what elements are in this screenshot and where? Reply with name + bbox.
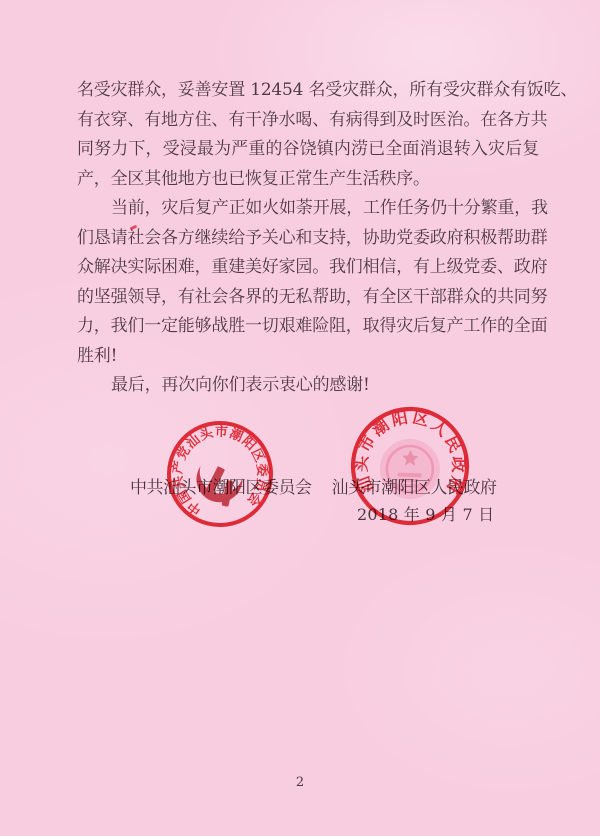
letter-body: 名受灾群众，妥善安置 12454 名受灾群众，所有受灾群众有饭吃、 有衣穿、有地…: [77, 76, 539, 401]
body-line: 力，我们一定能够战胜一切艰难险阻，取得灾后复产工作的全面: [77, 312, 539, 342]
body-line: 胜利!: [77, 342, 539, 372]
body-line: 最后，再次向你们表示衷心的感谢!: [77, 371, 539, 401]
body-line: 的坚强领导，有社会各界的无私帮助，有全区干部群众的共同努: [77, 283, 539, 313]
body-line: 众解决实际困难，重建美好家园。我们相信，有上级党委、政府: [77, 253, 539, 283]
body-line: 产，全区其他地方也已恢复正常生产生活秩序。: [77, 165, 539, 195]
scanned-letter-page: 名受灾群众，妥善安置 12454 名受灾群众，所有受灾群众有饭吃、 有衣穿、有地…: [0, 0, 600, 836]
body-line: 们恳请社会各方继续给予关心和支持，协助党委政府积极帮助群: [77, 224, 539, 254]
page-number: 2: [0, 775, 600, 790]
body-line: 当前，灾后复产正如火如荼开展，工作任务仍十分繁重，我: [77, 194, 539, 224]
body-line: 名受灾群众，妥善安置 12454 名受灾群众，所有受灾群众有饭吃、: [77, 76, 539, 106]
body-line: 有衣穿、有地方住、有干净水喝、有病得到及时医治。在各方共: [77, 106, 539, 136]
party-committee-seal: 中国共产党汕头市潮阳区委员会: [158, 412, 282, 536]
government-seal: 汕头市潮阳区人民政府: [346, 402, 474, 530]
body-line: 同努力下，受浸最为严重的谷饶镇内涝已全面消退转入灾后复: [77, 135, 539, 165]
national-emblem-icon: [379, 438, 441, 500]
